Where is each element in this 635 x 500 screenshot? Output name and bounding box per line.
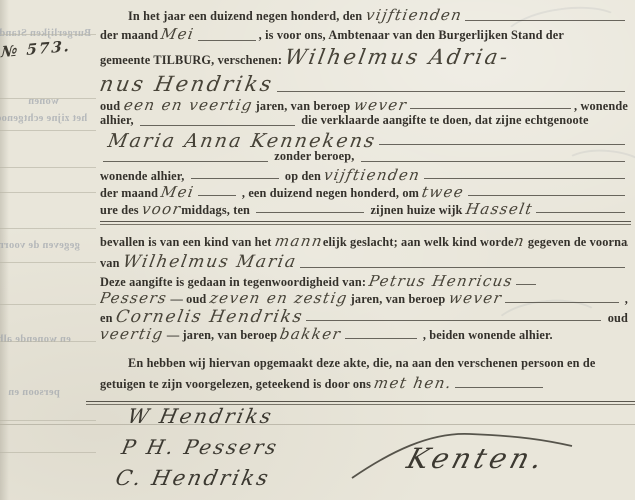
handwritten-entry: Wilhelmus Maria — [121, 252, 298, 272]
handwritten-entry: twee — [421, 183, 466, 200]
printed-text: Deze aangifte is gedaan in tegenwoordigh… — [100, 275, 369, 289]
printed-text: zonder beroep, — [271, 149, 358, 164]
form-line: oud een en veertig jaren, van beroep wev… — [100, 96, 628, 113]
printed-text: die verklaarde aangifte te doen, dat zij… — [298, 113, 589, 128]
blank-rule — [277, 89, 625, 92]
printed-text: , een duizend negen honderd, om — [239, 186, 423, 200]
margin-rule — [0, 167, 96, 168]
margin-rule — [0, 420, 96, 421]
blank-rule — [103, 159, 268, 162]
blank-rule — [505, 300, 619, 303]
form-line: Pessers — oud zeven en zestig jaren, van… — [100, 289, 628, 307]
printed-text: der maand — [100, 186, 161, 200]
margin-rule — [0, 130, 96, 131]
form-line: getuigen te zijn voorgelezen, geteekend … — [100, 374, 628, 392]
printed-text: van — [100, 256, 123, 271]
form-line: bevallen is van een kind van het manneli… — [100, 232, 628, 252]
bleedthrough-text: persoon en — [8, 387, 60, 398]
blank-rule — [198, 38, 256, 41]
blank-rule — [410, 106, 571, 109]
printed-text: zijnen huize wijk — [367, 203, 466, 217]
printed-text: — jaren, van beroep — [164, 328, 281, 343]
signature-declarant: W Hendriks — [125, 404, 275, 428]
handwritten-entry: Mei — [160, 183, 196, 200]
margin-rule — [0, 341, 96, 342]
form-line: veertig — jaren, van beroep bakker , bei… — [100, 325, 628, 343]
handwritten-entry: wever — [447, 289, 503, 307]
printed-text: elijk geslacht; aan welk kind worde — [323, 235, 514, 250]
handwritten-entry: nus Hendriks — [100, 72, 276, 96]
margin-rule — [0, 228, 96, 229]
handwritten-entry: Cornelis Hendriks — [114, 307, 305, 325]
act-number: № 573. — [1, 37, 72, 61]
margin-rule — [0, 98, 96, 99]
form-line: der maand Mei , een duizend negen honder… — [100, 183, 628, 200]
handwritten-entry: voor — [140, 200, 182, 217]
blank-rule — [198, 193, 236, 196]
blank-rule — [345, 336, 417, 339]
printed-text: , — [622, 292, 628, 307]
printed-text: , is voor ons, Ambtenaar van den Burgerl… — [259, 28, 564, 43]
handwritten-entry: Pessers — [100, 289, 169, 307]
margin-rule — [0, 304, 96, 305]
handwritten-entry: vijftienden — [323, 166, 423, 183]
bleedthrough-text: gegeven de voorna — [0, 240, 80, 251]
printed-text: ure des — [100, 203, 142, 217]
handwritten-entry: wever — [352, 96, 408, 113]
form-line: En hebben wij hiervan opgemaakt deze akt… — [100, 356, 628, 374]
printed-text: middags, ten — [181, 203, 253, 217]
printed-text: , beiden wonende alhier. — [420, 328, 553, 343]
printed-text: oud — [100, 99, 124, 113]
form-line: ure des voormiddags, ten zijnen huize wi… — [100, 200, 628, 217]
margin-rule — [0, 452, 96, 453]
blank-rule — [140, 123, 295, 126]
form-line: van Wilhelmus Maria — [100, 252, 628, 272]
handwritten-entry: een en veertig — [122, 96, 254, 113]
printed-text: alhier, — [100, 113, 137, 128]
handwritten-entry: met hen. — [373, 374, 454, 392]
birth-record-page: № 573. Burgerlijken Stand dwonenhet zijn… — [0, 0, 635, 500]
form-line: Maria Anna Kennekens — [100, 130, 628, 149]
printed-text: En hebben wij hiervan opgemaakt deze akt… — [128, 356, 595, 371]
blank-rule — [455, 385, 543, 388]
form-line: In het jaar een duizend negen honderd, d… — [100, 6, 628, 25]
printed-text: jaren, van beroep — [347, 292, 448, 307]
form-line: wonende alhier, op den vijftienden — [100, 166, 628, 183]
blank-rule — [379, 142, 625, 145]
printed-text: , wonende — [574, 99, 628, 113]
printed-text: gegeven de voorna — [525, 235, 628, 250]
form-line: nus Hendriks — [100, 72, 628, 96]
margin-rule — [0, 192, 96, 193]
printed-text: gemeente TILBURG, verschenen: — [100, 53, 285, 68]
printed-text: — oud — [167, 292, 209, 307]
paragraph-declaration: In het jaar een duizend negen honderd, d… — [100, 6, 628, 217]
blank-rule — [300, 265, 625, 268]
handwritten-entry: mann — [273, 232, 324, 250]
printed-text: bevallen is van een kind van het — [100, 235, 275, 250]
form-line: en Cornelis Hendriks oud — [100, 307, 628, 325]
form-line: der maand Mei, is voor ons, Ambtenaar va… — [100, 25, 628, 45]
blank-rule — [516, 282, 536, 285]
handwritten-entry: Petrus Henricus — [368, 272, 515, 289]
blank-rule — [536, 210, 625, 213]
faint-rule — [0, 424, 635, 425]
margin-rule — [0, 34, 96, 35]
handwritten-entry: Mei — [160, 25, 196, 43]
blank-rule — [191, 176, 279, 179]
signature-registrar: Kenten. — [403, 442, 550, 475]
handwritten-entry: Wilhelmus Adria- — [283, 45, 512, 69]
blank-rule — [424, 176, 625, 179]
printed-text: getuigen te zijn voorgelezen, geteekend … — [100, 377, 374, 392]
printed-text: jaren, van beroep — [252, 99, 353, 113]
blank-rule — [306, 318, 601, 321]
bleedthrough-text: het zijne echtgenoot — [0, 113, 87, 124]
handwritten-entry: Maria Anna Kennekens — [106, 130, 378, 149]
printed-text: wonende alhier, — [100, 169, 188, 183]
printed-text: In het jaar een duizend negen honderd, d… — [128, 9, 366, 24]
handwritten-entry: zeven en zestig — [208, 289, 349, 307]
printed-text: der maand — [100, 28, 161, 43]
form-line: gemeente TILBURG, verschenen: Wilhelmus … — [100, 45, 628, 72]
blank-rule — [468, 193, 626, 196]
paragraph-child-and-witnesses: bevallen is van een kind van het manneli… — [100, 232, 628, 343]
form-line: Deze aangifte is gedaan in tegenwoordigh… — [100, 272, 628, 289]
form-line: zonder beroep, — [100, 149, 628, 166]
paragraph-closing: En hebben wij hiervan opgemaakt deze akt… — [100, 356, 628, 392]
handwritten-entry: bakker — [279, 325, 343, 343]
signature-witness-1: P H. Pessers — [119, 435, 281, 459]
printed-text: oud — [604, 311, 628, 325]
bleedthrough-text: en wonende alhi — [0, 334, 71, 345]
printed-text: op den — [282, 169, 325, 183]
blank-rule — [465, 18, 625, 21]
handwritten-entry: veertig — [100, 325, 165, 343]
section-divider — [100, 221, 631, 225]
blank-rule — [256, 210, 364, 213]
handwritten-entry: vijftienden — [364, 6, 464, 24]
handwritten-entry: Hasselt — [464, 200, 534, 217]
form-line: alhier, die verklaarde aangifte te doen,… — [100, 113, 628, 130]
blank-rule — [361, 159, 625, 162]
margin-rule — [0, 262, 96, 263]
signature-witness-2: C. Hendriks — [113, 466, 272, 490]
printed-text: en — [100, 311, 116, 325]
